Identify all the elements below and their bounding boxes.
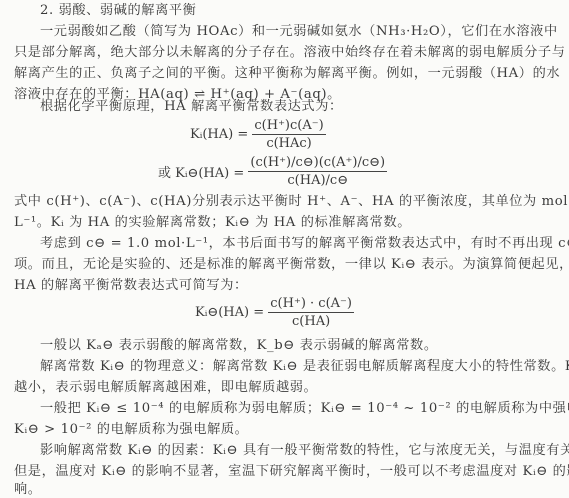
paragraph-line: Kᵢ⊖ > 10⁻² 的电解质称为强电解质。	[14, 421, 248, 439]
paragraph-line: 一般把 Kᵢ⊖ ≤ 10⁻⁴ 的电解质称为弱电解质；Kᵢ⊖ = 10⁻⁴ ~ 1…	[40, 400, 569, 418]
paragraph-line: 只是部分解离，绝大部分以未解离的分子存在。溶液中始终存在着未解离的弱电解质分子与	[14, 44, 566, 62]
paragraph-line: 考虑到 c⊖ = 1.0 mol·L⁻¹，本书后面书写的解离平衡常数表达式中，有…	[40, 235, 569, 253]
paragraph-line: 根据化学平衡原理，HA 解离平衡常数表达式为：	[40, 98, 343, 116]
paragraph-line: 但是，温度对 Kᵢ⊖ 的影响不显著，室温下研究解离平衡时，一般可以不考虑温度对 …	[14, 463, 569, 481]
numerator: (c(H⁺)/c⊖)(c(A⁺)/c⊖)	[248, 155, 387, 172]
section-title: 2. 弱酸、弱碱的解离平衡	[40, 2, 196, 20]
denominator: c(HA)/c⊖	[248, 172, 387, 188]
denominator: c(HA)	[268, 313, 354, 329]
numerator: c(H⁺) · c(A⁻)	[268, 296, 354, 313]
paragraph-line: HA 的解离平衡常数表达式可简写为：	[14, 277, 248, 295]
formula-lhs: Kᵢ(HA) =	[190, 127, 248, 142]
fraction: (c(H⁺)/c⊖)(c(A⁺)/c⊖) c(HA)/c⊖	[248, 155, 387, 188]
paragraph-line: 一元弱酸如乙酸（简写为 HOAc）和一元弱碱如氨水（NH₃·H₂O），它们在水溶…	[40, 23, 558, 41]
paragraph-line: L⁻¹。Kᵢ 为 HA 的实验解离常数；Kᵢ⊖ 为 HA 的标准解离常数。	[14, 214, 411, 232]
fraction: c(H⁺)c(A⁻) c(HAc)	[252, 118, 325, 151]
paragraph-line: 一般以 Kₐ⊖ 表示弱酸的解离常数，K_b⊖ 表示弱碱的解离常数。	[40, 337, 438, 355]
paragraph-line: 式中 c(H⁺)、c(A⁻)、c(HA)分别表示达平衡时 H⁺、A⁻、HA 的平…	[14, 193, 569, 211]
formula-ki-simplified: Kᵢ⊖(HA) = c(H⁺) · c(A⁻) c(HA)	[195, 296, 354, 329]
numerator: c(H⁺)c(A⁻)	[252, 118, 325, 135]
paragraph-line: 解离产生的正、负离子之间的平衡。这种平衡称为解离平衡。例如，一元弱酸（HA）的水	[14, 65, 560, 83]
formula-ki-standard: 或 Kᵢ⊖(HA) = (c(H⁺)/c⊖)(c(A⁺)/c⊖) c(HA)/c…	[158, 155, 387, 188]
paragraph-line: 影响解离常数 Kᵢ⊖ 的因素：Kᵢ⊖ 具有一般平衡常数的特性，它与浓度无关，与温…	[40, 442, 569, 460]
paragraph-line: 项。而且，无论是实验的、还是标准的解离平衡常数，一律以 Kᵢ⊖ 表示。为演算简便…	[14, 256, 569, 274]
fraction: c(H⁺) · c(A⁻) c(HA)	[268, 296, 354, 329]
paragraph-line: 响。	[14, 481, 42, 498]
paragraph-line: 越小，表示弱电解质解离越困难，即电解质越弱。	[14, 379, 317, 397]
formula-lhs: 或 Kᵢ⊖(HA) =	[158, 162, 244, 181]
formula-lhs: Kᵢ⊖(HA) =	[195, 305, 264, 320]
denominator: c(HAc)	[252, 135, 325, 151]
formula-ki: Kᵢ(HA) = c(H⁺)c(A⁻) c(HAc)	[190, 118, 326, 151]
paragraph-line: 解离常数 Kᵢ⊖ 的物理意义：解离常数 Kᵢ⊖ 是表征弱电解质解离程度大小的特性…	[40, 358, 569, 376]
